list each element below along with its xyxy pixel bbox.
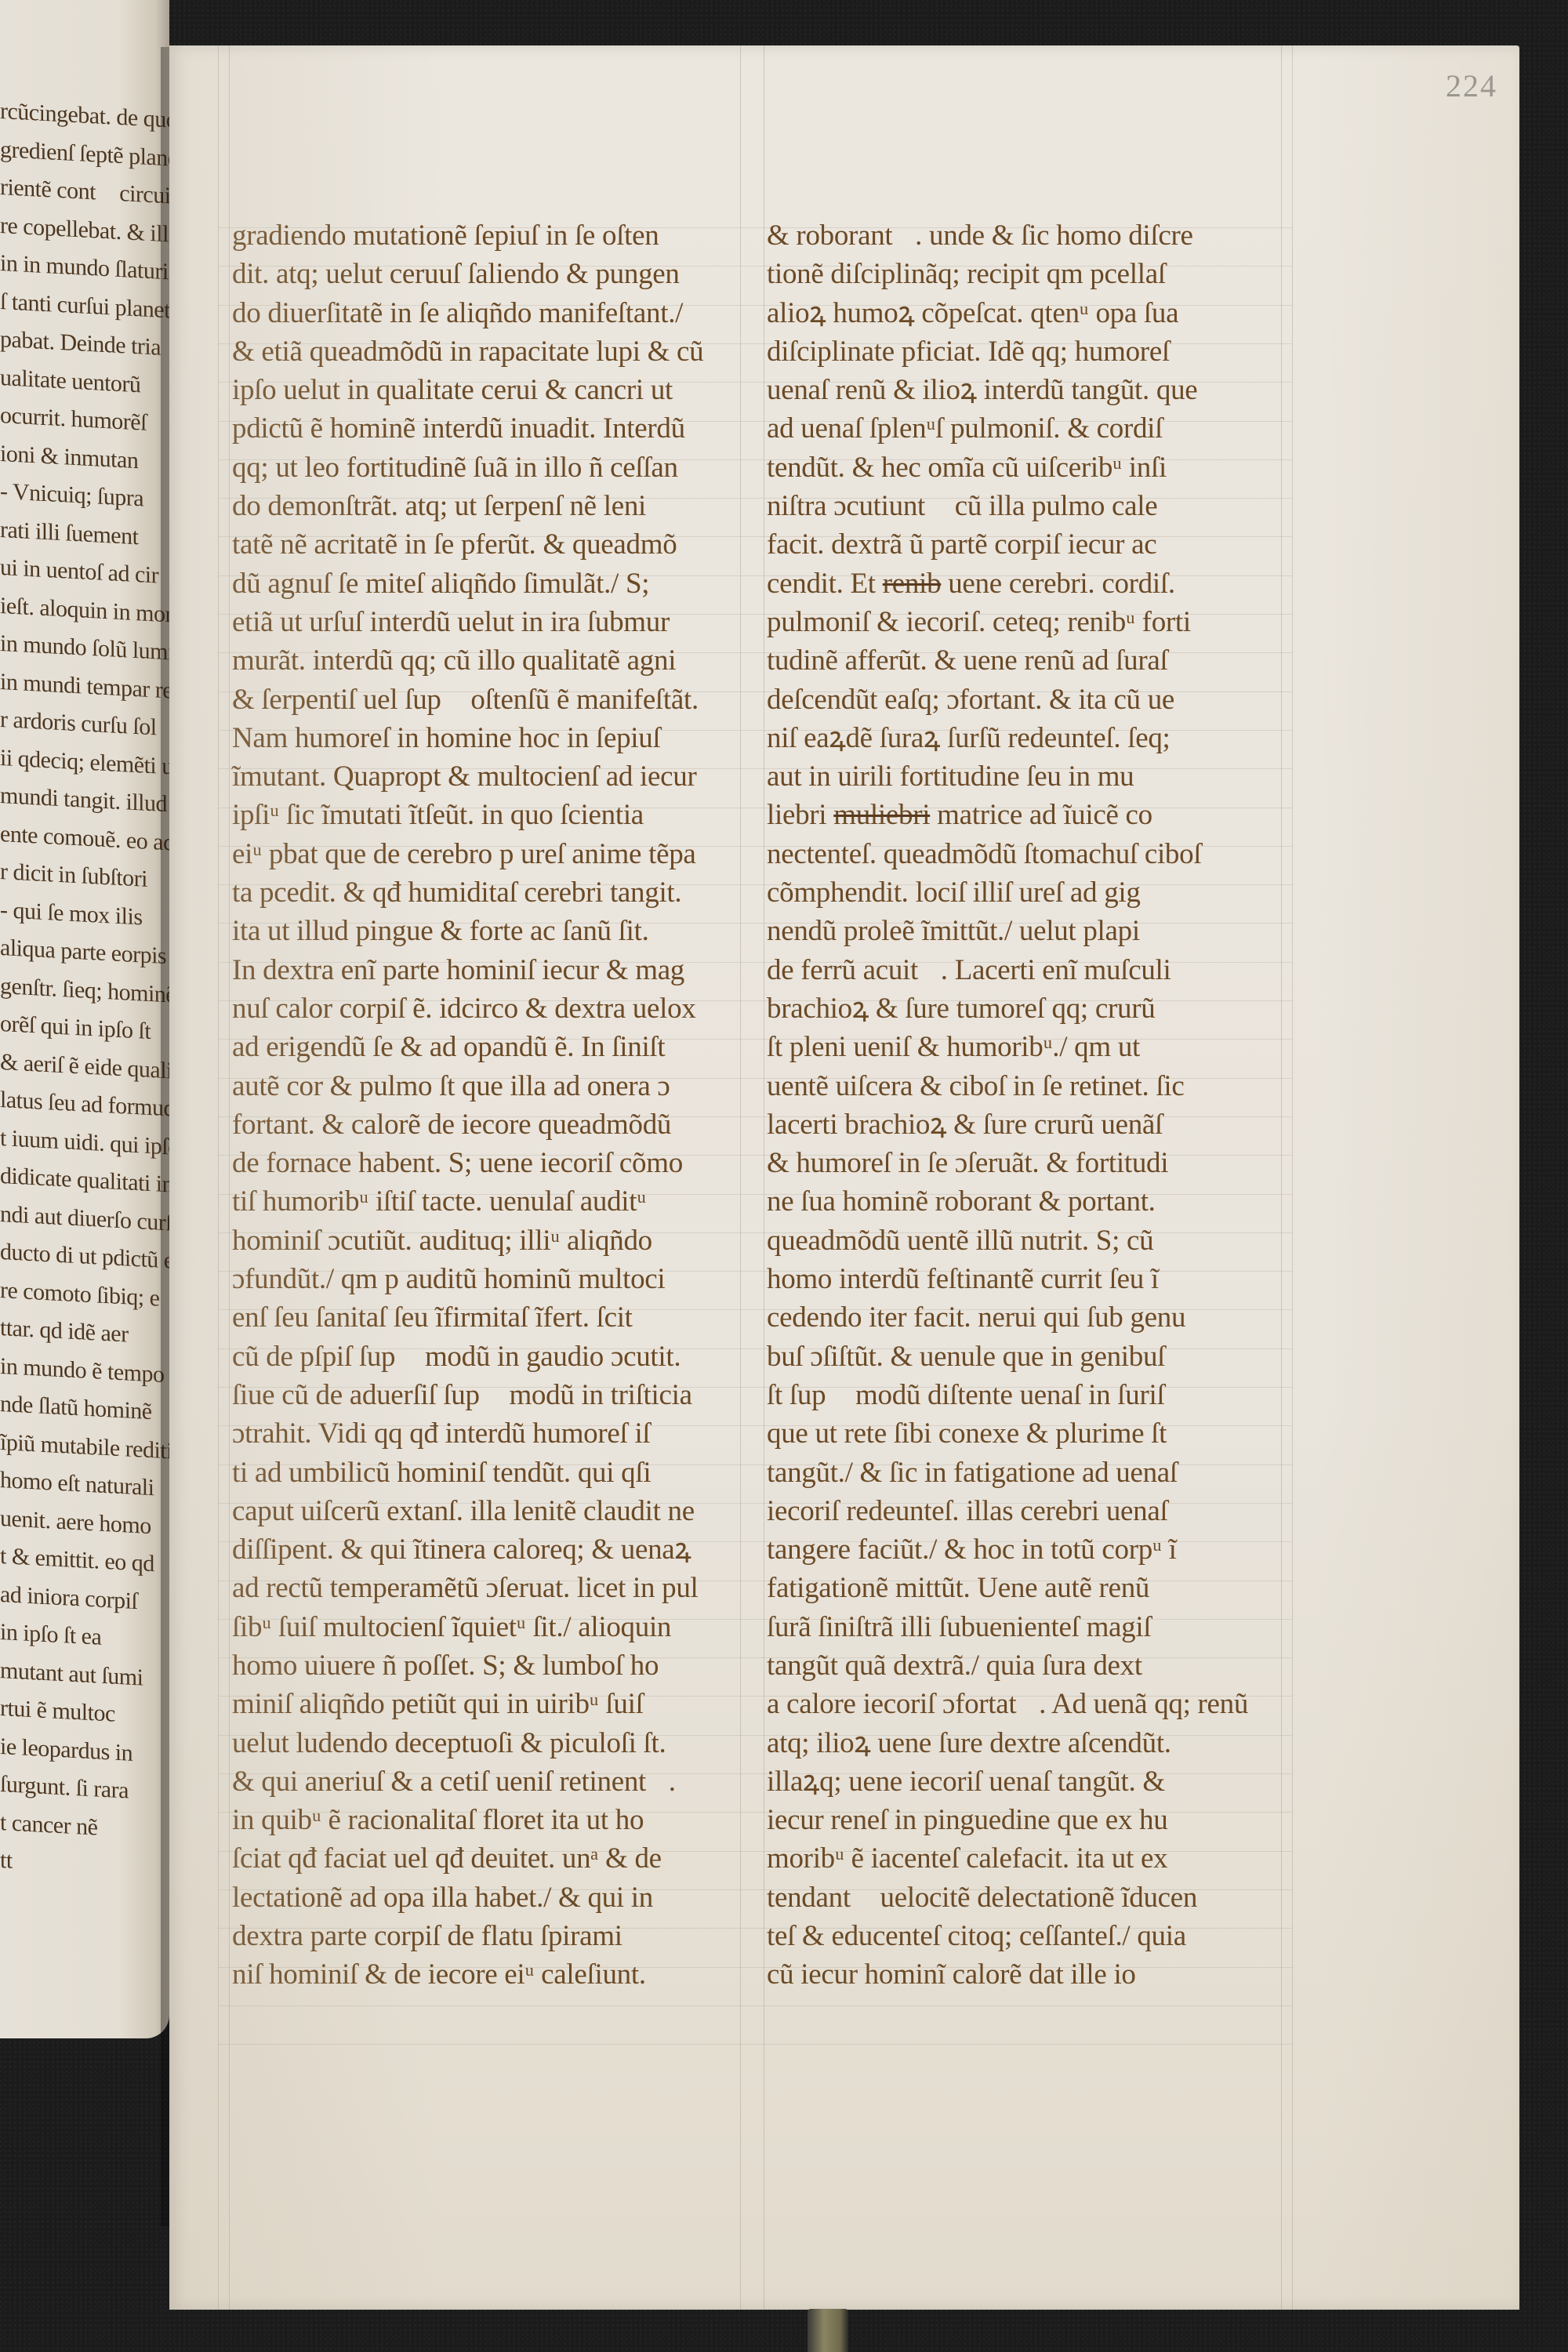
text-line: hominiſ ɔcutiũt. audituq; illiᵘ aliqñdo bbox=[232, 1221, 734, 1260]
text-line: diſciplinate pficiat. Idẽ qq; humoreſ bbox=[767, 332, 1276, 371]
text-line: dextra parte corpiſ de flatu ſpirami bbox=[232, 1917, 734, 1955]
text-line: de ferrũ acuitᷓ. Lacerti enĩ muſculi bbox=[767, 951, 1276, 989]
text-column-b: & roborantᷓ. unde & ſic homo diſcretionẽ… bbox=[767, 216, 1276, 1994]
struck-word: muliebri bbox=[833, 799, 930, 831]
text-line: aut in uirili fortitudine ſeu in mu bbox=[767, 757, 1276, 796]
text-line: ſt pleni ueniſ & humoribᵘ./ qm ut bbox=[767, 1028, 1276, 1066]
text-line: tendũt. & hec omĩa cũ uiſceribᵘ inſi bbox=[767, 448, 1276, 487]
text-line: ad uenaſ ſplenᵘſ pulmoniſ. & cordiſ bbox=[767, 409, 1276, 448]
text-line: eiᵘ pbat que de cerebro p ureſ anime tẽp… bbox=[232, 835, 734, 873]
folio-number: 224 bbox=[1446, 67, 1497, 104]
text-line: a calore iecoriſ ɔfortatᷓ. Ad uenã qq; r… bbox=[767, 1685, 1276, 1723]
text-line: tt bbox=[0, 1842, 169, 1889]
text-line: cũ de pſpiſ ſupᷓ modũ in gaudio ɔcutit. bbox=[232, 1338, 734, 1376]
text-line: tangũt./ & ſic in fatigatione ad uenaſ bbox=[767, 1454, 1276, 1492]
text-line: que ut rete ſibi conexe & plurime ſt bbox=[767, 1414, 1276, 1453]
text-line: nendũ proleẽ ĩmittũt./ uelut plapi bbox=[767, 912, 1276, 950]
text-line: ita ut illud pingue & forte ac ſanũ ſit. bbox=[232, 912, 734, 950]
text-line: niſ hominiſ & de iecore eiᵘ caleſiunt. bbox=[232, 1955, 734, 1994]
text-line: iecur reneſ in pinguedine que ex hu bbox=[767, 1801, 1276, 1839]
ruling-line-vertical bbox=[229, 45, 230, 2310]
facing-page-text: rcũcingebat. de quo uerogredienſ ſeptẽ p… bbox=[0, 93, 169, 1889]
text-line: brachioꝝ & ſure tumoreſ qq; crurũ bbox=[767, 989, 1276, 1028]
ruling-line-horizontal bbox=[218, 2044, 1292, 2045]
text-line: ɔfundũt./ qm p auditũ hominũ multoci bbox=[232, 1260, 734, 1298]
ruling-line-vertical bbox=[1292, 45, 1293, 2310]
text-line: fortant. & calorẽ de iecore queadmõdũ bbox=[232, 1105, 734, 1144]
text-line: lectationẽ ad opa illa habet./ & qui in bbox=[232, 1878, 734, 1917]
text-line: deſcendũt eaſq; ɔfortant. & ita cũ ue bbox=[767, 681, 1276, 719]
text-line: ad rectũ temperamẽtũ ɔſeruat. licet in p… bbox=[232, 1569, 734, 1607]
text-line: dit. atq; uelut ceruuſ ſaliendo & pungen bbox=[232, 255, 734, 293]
text-line: Nam humoreſ in homine hoc in ſepiuſ bbox=[232, 719, 734, 757]
text-line: & humoreſ in ſe ɔſeruãt. & fortitudi bbox=[767, 1144, 1276, 1182]
text-line: dũ agnuſ ſe miteſ aliqñdo ſimulãt./ S; bbox=[232, 564, 734, 603]
text-line: tudinẽ afferũt. & uene renũ ad ſuraſ bbox=[767, 641, 1276, 680]
text-line: ta pcedit. & qđ humiditaſ cerebri tangit… bbox=[232, 873, 734, 912]
text-line: ne ſua hominẽ roborant & portant. bbox=[767, 1182, 1276, 1221]
text-line: tendantᷓ uelocitẽ delectationẽ ĩducen bbox=[767, 1878, 1276, 1917]
ruling-line-vertical bbox=[1281, 45, 1282, 2310]
ruling-line-horizontal bbox=[218, 2005, 1292, 2006]
text-line: ſiue cũ de aduerſiſ ſupᷓ modũ in triſtic… bbox=[232, 1376, 734, 1414]
text-line: ſt ſupᷓ modũ diſtente uenaſ in ſuriſ bbox=[767, 1376, 1276, 1414]
text-line: homo uiuere ñ poſſet. S; & lumboſ ho bbox=[232, 1646, 734, 1685]
text-line: gradiendo mutationẽ ſepiuſ in ſe oſten bbox=[232, 216, 734, 255]
text-line: caput uiſcerũ extanſ. illa lenitẽ claudi… bbox=[232, 1492, 734, 1530]
struck-word: renib bbox=[883, 568, 942, 600]
text-line: iecoriſ redeunteſ. illas cerebri uenaſ bbox=[767, 1492, 1276, 1530]
text-line: ſibᵘ ſuiſ multocienſ ĩquietᵘ ſit./ alioq… bbox=[232, 1608, 734, 1646]
text-line: tangere faciũt./ & hoc in totũ corpᵘ ĩ bbox=[767, 1530, 1276, 1569]
book-clasp-strap bbox=[808, 2309, 848, 2352]
text-line: & roborantᷓ. unde & ſic homo diſcre bbox=[767, 216, 1276, 255]
text-line: lacerti brachioꝝ & ſure crurũ uenãſ bbox=[767, 1105, 1276, 1144]
text-line: do diuerſitatẽ in ſe aliqñdo manifeſtant… bbox=[232, 294, 734, 332]
text-line: facit. dextrã ũ partẽ corpiſ iecur ac bbox=[767, 525, 1276, 564]
text-line: tionẽ diſciplinãq; recipit qm pcellaſ bbox=[767, 255, 1276, 293]
text-line: pdictũ ẽ hominẽ interdũ inuadit. Interdũ bbox=[232, 409, 734, 448]
text-line: ti ad umbilicũ hominiſ tendũt. qui qſi bbox=[232, 1454, 734, 1492]
text-line: enſ ſeu ſanitaſ ſeu ĩfirmitaſ ĩfert. ſci… bbox=[232, 1298, 734, 1337]
facing-page-verso: rcũcingebat. de quo uerogredienſ ſeptẽ p… bbox=[0, 0, 169, 2038]
text-line: pulmoniſ & iecoriſ. ceteq; renibᵘ forti bbox=[767, 603, 1276, 641]
text-line: & etiã queadmõdũ in rapacitate lupi & cũ bbox=[232, 332, 734, 371]
text-line: uenaſ renũ & ilioꝝ interdũ tangũt. que bbox=[767, 371, 1276, 409]
text-line: moribᵘ ẽ iacenteſ calefacit. ita ut ex bbox=[767, 1839, 1276, 1878]
text-line: illaꝝq; uene iecoriſ uenaſ tangũt. & bbox=[767, 1762, 1276, 1801]
text-line: homo interdũ feſtinantẽ currit ſeu ĩ bbox=[767, 1260, 1276, 1298]
text-line: teſ & educenteſ citoq; ceſſanteſ./ quia bbox=[767, 1917, 1276, 1955]
text-line: fatigationẽ mittũt. Uene autẽ renũ bbox=[767, 1569, 1276, 1607]
text-line: buſ ɔſiſtũt. & uenule que in genibuſ bbox=[767, 1338, 1276, 1376]
text-line: & qui aneriuſ & a cetiſ ueniſ retinentᷓ. bbox=[232, 1762, 734, 1801]
text-line: nuſ calor corpiſ ẽ. idcirco & dextra uel… bbox=[232, 989, 734, 1028]
text-line: diſſipent. & qui ĩtinera caloreq; & uena… bbox=[232, 1530, 734, 1569]
text-line: ipſiᵘ ſic ĩmutati ĩtſeũt. in quo ſcienti… bbox=[232, 796, 734, 834]
text-line: uentẽ uiſcera & ciboſ in ſe retinet. ſic bbox=[767, 1067, 1276, 1105]
text-line: miniſ aliqñdo petiũt qui in uiribᵘ ſuiſ bbox=[232, 1685, 734, 1723]
text-line: niſtra ɔcutiuntᷓ cũ illa pulmo cale bbox=[767, 487, 1276, 525]
text-line: ɔtrahit. Vidi qq qđ interdũ humoreſ iſ bbox=[232, 1414, 734, 1453]
text-line: ad erigendũ ſe & ad opandũ ẽ. In ſiniſtᷓ bbox=[232, 1028, 734, 1066]
text-line: qq; ut leo fortitudinẽ ſuã in illo ñ ceſ… bbox=[232, 448, 734, 487]
text-line: ĩmutant. Quapropt & multocienſ ad iecur bbox=[232, 757, 734, 796]
text-line: cũ iecur hominĩ calorẽ dat ille io bbox=[767, 1955, 1276, 1994]
text-line: do demonſtrãt. atq; ut ſerpenſ nẽ leni bbox=[232, 487, 734, 525]
manuscript-folio-recto: 224 gradiendo mutationẽ ſepiuſ in ſe oſt… bbox=[169, 45, 1519, 2310]
text-column-a: gradiendo mutationẽ ſepiuſ in ſe oſtendi… bbox=[232, 216, 734, 1994]
text-line: tangũt quã dextrã./ quia ſura dextᷓ bbox=[767, 1646, 1276, 1685]
text-line: tiſ humoribᵘ iſtiſ tacte. uenulaſ auditᵘ bbox=[232, 1182, 734, 1221]
text-line: ſciat qđ faciat uel qđ deuitet. unᵃ & de bbox=[232, 1839, 734, 1878]
text-line: etiã ut urſuſ interdũ uelut in ira ſubmu… bbox=[232, 603, 734, 641]
text-line: cendit. Et renib uene cerebri. cordiſ. bbox=[767, 564, 1276, 603]
text-line: de fornace habent. S; uene iecoriſ cõmo bbox=[232, 1144, 734, 1182]
text-line: atq; ilioꝝ uene ſure dextre aſcendũt. bbox=[767, 1724, 1276, 1762]
ruling-line-vertical bbox=[764, 45, 764, 2310]
text-line: cedendo iter facit. nerui qui ſub genu bbox=[767, 1298, 1276, 1337]
text-line: nectenteſ. queadmõdũ ſtomachuſ ciboſ bbox=[767, 835, 1276, 873]
text-line: uelut ludendo deceptuoſi & piculoſi ſt. bbox=[232, 1724, 734, 1762]
text-line: alioꝝ humoꝝ cõpeſcat. qtenᵘ opa ſua bbox=[767, 294, 1276, 332]
text-line: queadmõdũ uentẽ illũ nutrit. S; cũ bbox=[767, 1221, 1276, 1260]
text-line: in quibᵘ ẽ racionalitaſ floret ita ut ho bbox=[232, 1801, 734, 1839]
text-line: cõmphendit. lociſ illiſ ureſ ad gig bbox=[767, 873, 1276, 912]
text-line: ſurã ſiniſtrã illi ſubuenienteſ magiſ bbox=[767, 1608, 1276, 1646]
text-line: & ſerpentiſ uel ſupᷓ oſtenſũ ẽ manifeſtã… bbox=[232, 681, 734, 719]
text-line: liebri muliebri matrice ad ĩuicẽ co bbox=[767, 796, 1276, 834]
text-line: niſ eaꝝdẽ ſuraꝝ ſurſũ redeunteſ. ſeq; bbox=[767, 719, 1276, 757]
text-line: In dextra enĩ parte hominiſ iecur & mag bbox=[232, 951, 734, 989]
text-line: autẽ cor & pulmo ſt que illa ad onera ɔ bbox=[232, 1067, 734, 1105]
text-line: ipſo uelut in qualitate cerui & cancri u… bbox=[232, 371, 734, 409]
text-line: murãt. interdũ qq; cũ illo qualitatẽ agn… bbox=[232, 641, 734, 680]
text-line: tatẽ nẽ acritatẽ in ſe pferũt. & queadmõ bbox=[232, 525, 734, 564]
ruling-line-vertical bbox=[218, 45, 219, 2310]
ruling-line-vertical bbox=[740, 45, 741, 2310]
